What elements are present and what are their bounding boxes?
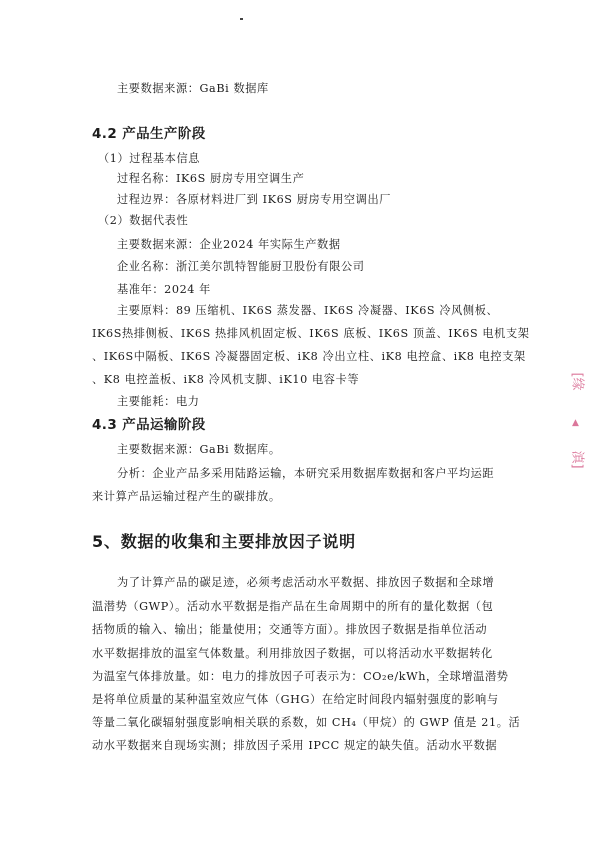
energy-line: 主要能耗：电力 [117, 393, 200, 409]
materials-line: 主要原料：89 压缩机、IK6S 蒸发器、IK6S 冷凝器、IK6S 冷风侧板、 [117, 302, 498, 318]
analysis-line: 分析：企业产品多采用陆路运输，本研究采用数据库数据和客户平均运距 [117, 465, 494, 481]
paragraph-line: 水平数据排放的温室气体数量。利用排放因子数据，可以将活动水平数据转化 [92, 645, 493, 661]
sub2-data-source: 主要数据来源：企业2024 年实际生产数据 [117, 236, 341, 252]
sub1-title: （1）过程基本信息 [98, 150, 200, 166]
document-page: 主要数据来源：GaBi 数据库 4.2 产品生产阶段 （1）过程基本信息 过程名… [0, 0, 600, 848]
paragraph-line: 括物质的输入、输出；能量使用；交通等方面）。排放因子数据是指单位活动 [92, 621, 487, 637]
seal-stamp-fragment: ▲ [572, 418, 579, 428]
transport-data-source: 主要数据来源：GaBi 数据库。 [117, 441, 281, 457]
seal-stamp-fragment: 滇] [570, 450, 589, 468]
paragraph-line: 温潜势（GWP）。活动水平数据是指产品在生命周期中的所有的量化数据（包 [92, 598, 493, 614]
process-name: 过程名称：IK6S 厨房专用空调生产 [117, 170, 304, 186]
seal-stamp-fragment: [缘 [570, 372, 589, 390]
scan-mark [240, 18, 243, 20]
materials-line: 、K8 电控盖板、iK8 冷风机支脚、iK10 电容卡等 [92, 371, 359, 387]
paragraph-line: 动水平数据来自现场实测；排放因子采用 IPCC 规定的缺失值。活动水平数据 [92, 737, 497, 753]
paragraph-line: 为温室气体排放量。如：电力的排放因子可表示为：CO₂e/kWh，全球增温潜势 [92, 668, 509, 684]
materials-line: 、IK6S中隔板、IK6S 冷凝器固定板、iK8 冷出立柱、iK8 电控盒、iK… [92, 348, 526, 364]
paragraph-line: 为了计算产品的碳足迹，必须考虑活动水平数据、排放因子数据和全球增 [117, 574, 494, 590]
base-year: 基准年：2024 年 [117, 281, 211, 297]
process-boundary: 过程边界：各原材料进厂到 IK6S 厨房专用空调出厂 [117, 191, 391, 207]
company-name: 企业名称：浙江美尔凯特智能厨卫股份有限公司 [117, 258, 365, 274]
data-source-line: 主要数据来源：GaBi 数据库 [117, 80, 269, 96]
section-5-heading: 5、数据的收集和主要排放因子说明 [92, 529, 356, 552]
paragraph-line: 等量二氧化碳辐射强度影响相关联的系数，如 CH₄（甲烷）的 GWP 值是 21。… [92, 714, 520, 730]
paragraph-line: 是将单位质量的某种温室效应气体（GHG）在给定时间段内辐射强度的影响与 [92, 691, 499, 707]
section-4-3-heading: 4.3 产品运输阶段 [92, 413, 206, 433]
section-4-2-heading: 4.2 产品生产阶段 [92, 122, 206, 142]
sub2-title: （2）数据代表性 [98, 212, 188, 228]
analysis-line: 来计算产品运输过程产生的碳排放。 [92, 488, 281, 504]
materials-line: IK6S热排侧板、IK6S 热排风机固定板、IK6S 底板、IK6S 顶盖、IK… [92, 325, 530, 341]
